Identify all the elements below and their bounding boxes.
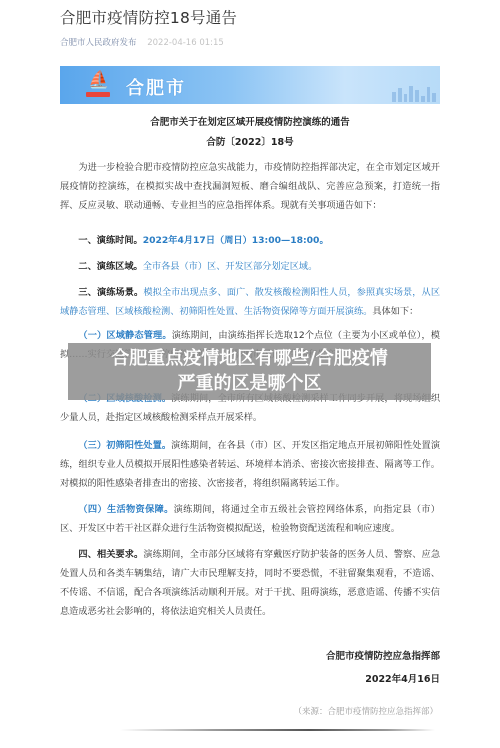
signature-org: 合肥市疫情防控应急指挥部	[326, 648, 440, 662]
document-title: 合肥市关于在划定区域开展疫情防控演练的通告	[0, 114, 500, 128]
section-time: 一、演练时间。2022年4月17日（周日）13:00—18:00。	[60, 231, 440, 250]
intro-paragraph: 为进一步检验合肥市疫情防控应急实战能力，市疫情防控指挥部决定，在全市划定区域开展…	[60, 158, 440, 215]
section-heading: 三、演练场景。	[78, 287, 143, 298]
subsection-heading: （四）生活物资保障。	[78, 504, 173, 515]
section-heading: 四、相关要求。	[78, 549, 143, 560]
subsection-heading: （三）初筛阳性处置。	[78, 440, 171, 451]
document-number: 合防〔2022〕18号	[0, 134, 500, 148]
section-heading: 一、演练时间。	[78, 235, 142, 246]
divider	[120, 729, 435, 731]
banner-city-name: 合肥市	[126, 74, 186, 100]
publish-time: 2022-04-16 01:15	[147, 38, 224, 48]
publisher-link[interactable]: 合肥市人民政府发布	[60, 38, 137, 48]
section-requirements: 四、相关要求。演练期间，全市部分区域将有穿戴医疗防护装备的医务人员、警察、应急处…	[60, 545, 440, 621]
section-scenario: 三、演练场景。模拟全市出现点多、面广、散发核酸检测阳性人员，参照真实场景，从区域…	[60, 283, 440, 321]
hefei-logo-icon: ⛵	[86, 71, 110, 99]
section-content: 2022年4月17日（周日）13:00—18:00。	[143, 235, 329, 246]
subsection-heading: （一）区域静态管理。	[78, 330, 171, 341]
section-area: 二、演练区域。全市各县（市）区、开发区部分划定区域。	[60, 257, 440, 276]
skyline-decoration	[392, 84, 436, 102]
article-page: 合肥市疫情防控18号通告 合肥市人民政府发布 2022-04-16 01:15 …	[0, 0, 500, 748]
headline-overlay: 合肥重点疫情地区有哪些/合肥疫情 严重的区是哪个区	[68, 343, 431, 400]
section-heading: 二、演练区域。	[78, 261, 142, 272]
subsection-positive-handling: （三）初筛阳性处置。演练期间，在各县（市）区、开发区指定地点开展初筛阳性处置演练…	[60, 436, 440, 493]
overlay-headline-line2: 严重的区是哪个区	[68, 371, 431, 396]
signature-date: 2022年4月16日	[365, 671, 440, 685]
subsection-supplies: （四）生活物资保障。演练期间，将通过全市五级社会管控网络体系，向指定县（市）区、…	[60, 500, 440, 538]
overlay-headline: 合肥重点疫情地区有哪些/合肥疫情 严重的区是哪个区	[68, 346, 431, 396]
section-content: 全市各县（市）区、开发区部分划定区域。	[143, 261, 318, 272]
article-meta: 合肥市人民政府发布 2022-04-16 01:15	[60, 36, 224, 48]
overlay-headline-line1: 合肥重点疫情地区有哪些/合肥疫情	[68, 346, 431, 371]
section-tail: 具体如下：	[372, 306, 418, 317]
article-title: 合肥市疫情防控18号通告	[60, 6, 237, 28]
city-banner: ⛵ 合肥市	[60, 66, 440, 104]
source-note: （来源：合肥市疫情防控应急指挥部）	[293, 705, 438, 717]
